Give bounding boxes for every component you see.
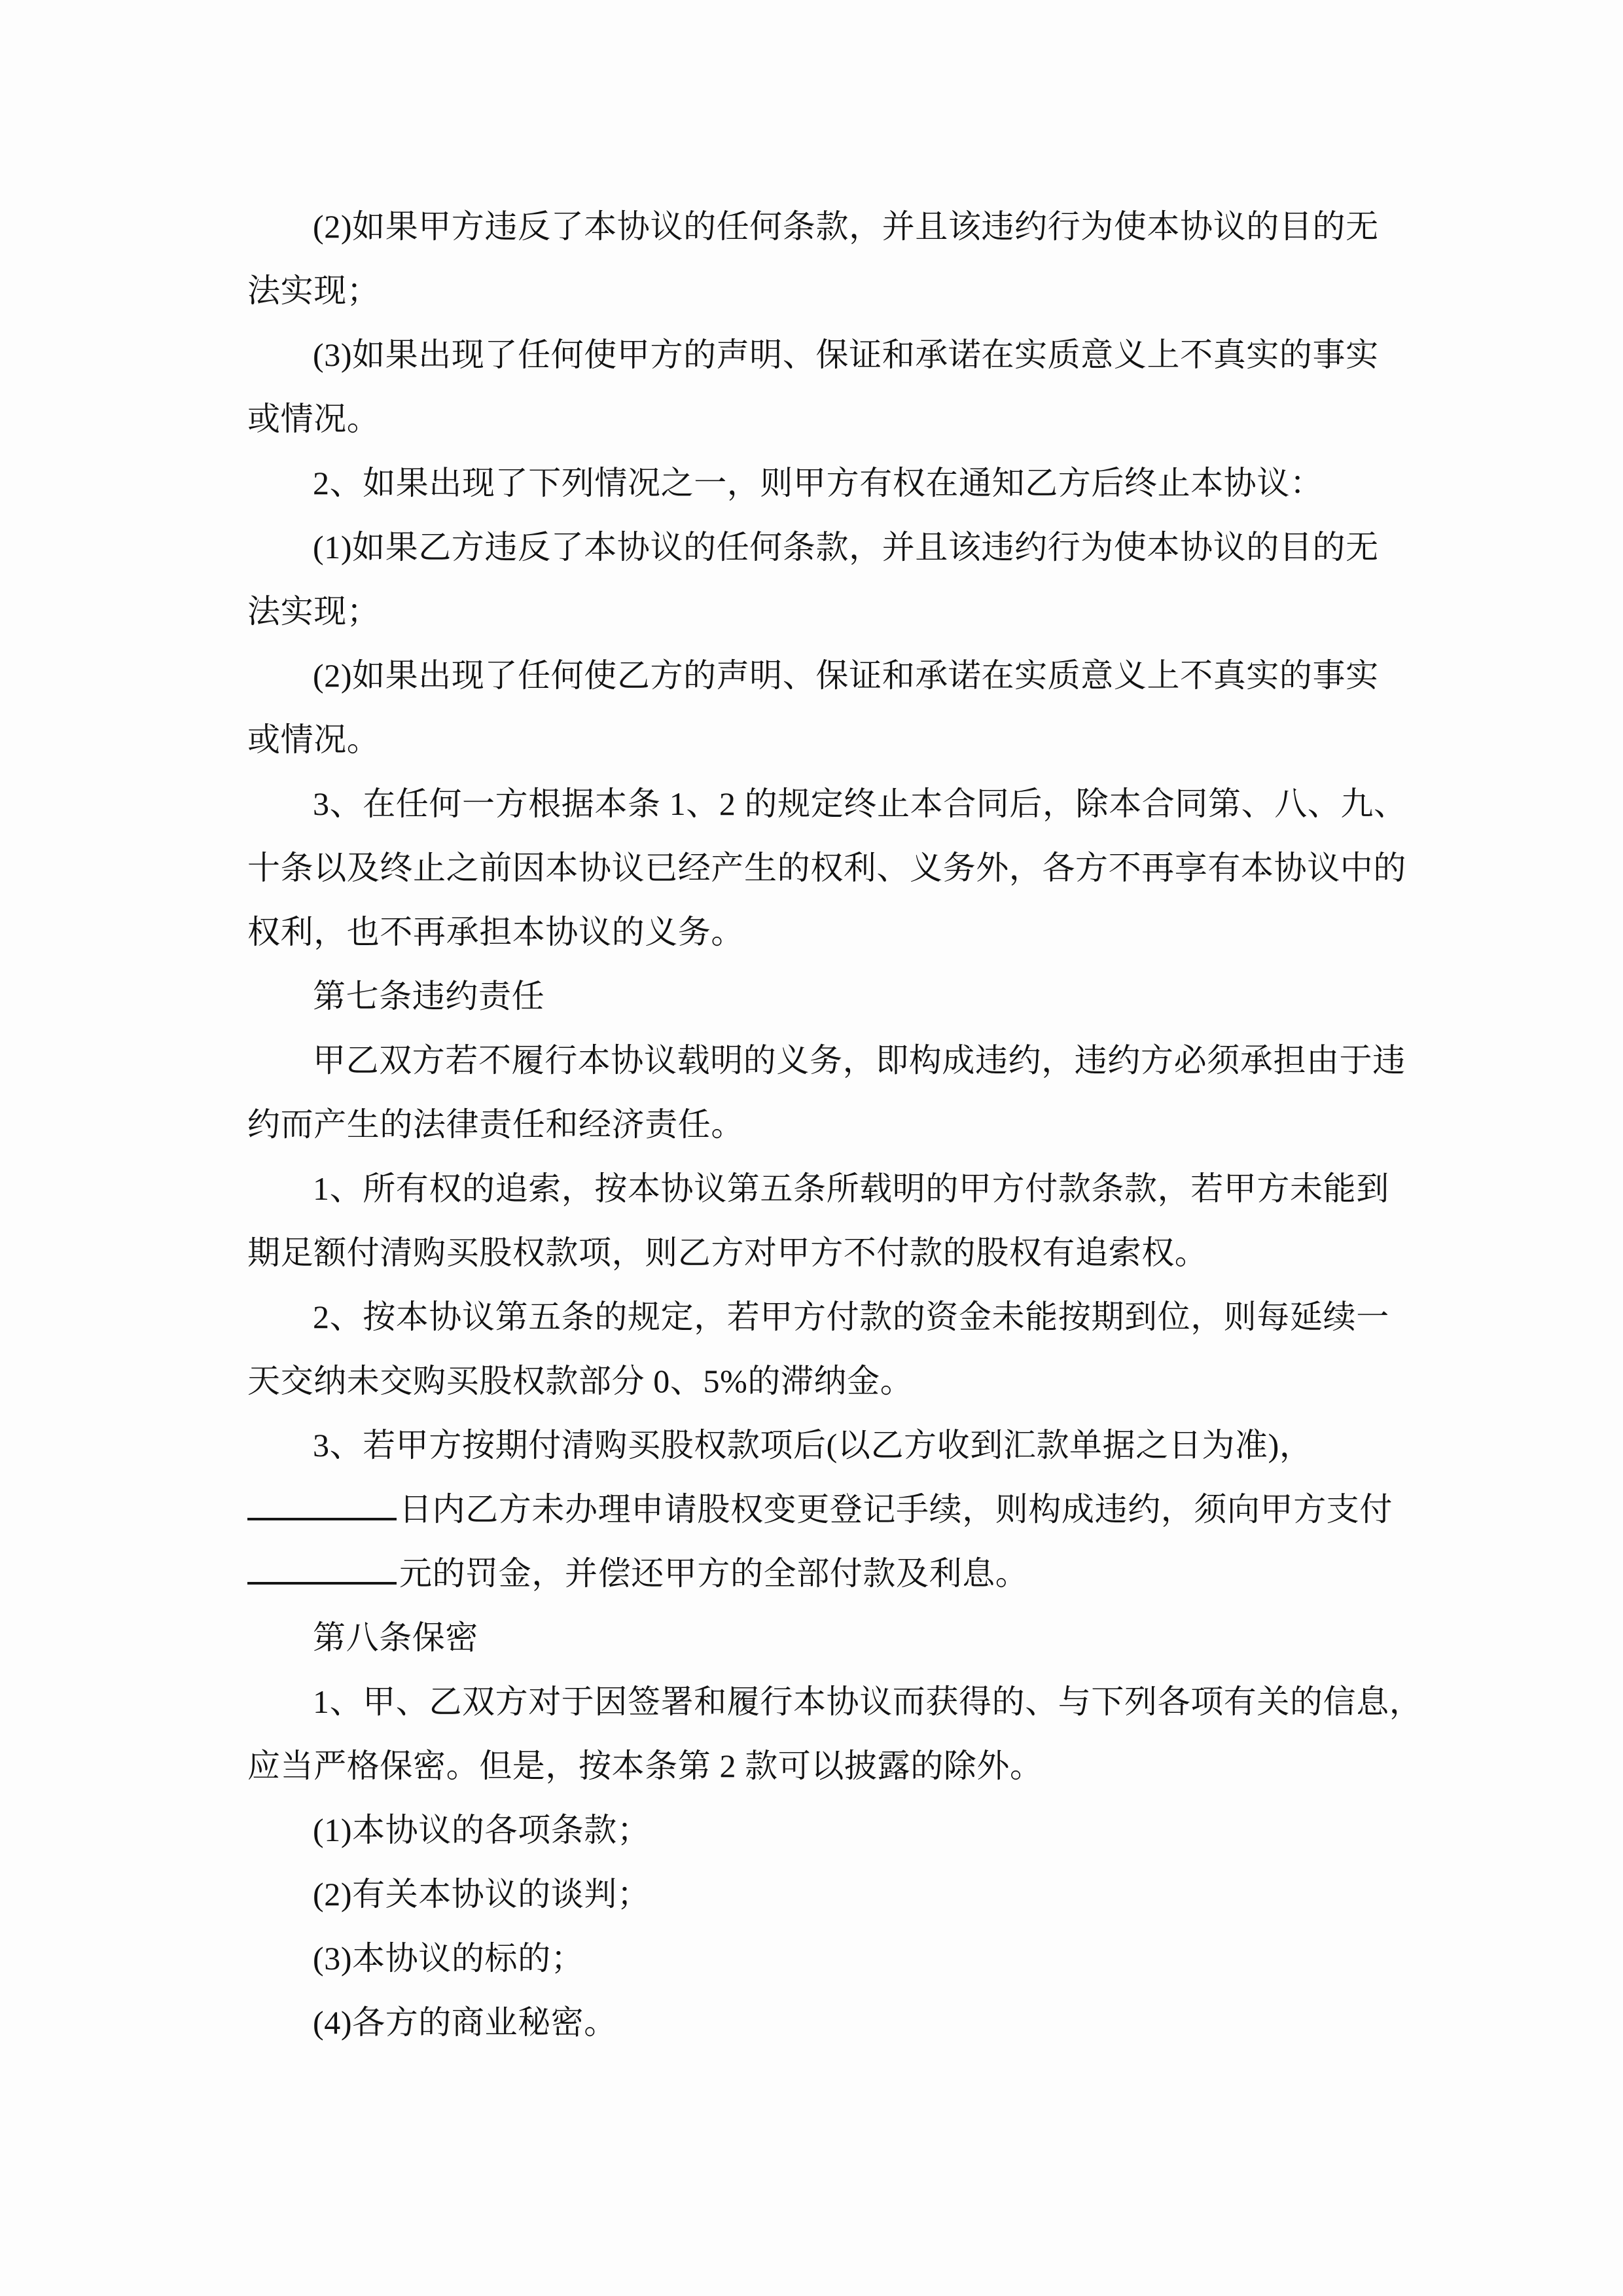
line-text: (2)如果甲方违反了本协议的任何条款，并且该违约行为使本协议的目的无 [313, 208, 1379, 245]
line-text: 日内乙方未办理申请股权变更登记手续，则构成违约，须向甲方支付 [399, 1491, 1393, 1528]
line-text: (2)如果出现了任何使乙方的声明、保证和承诺在实质意义上不真实的事实 [313, 657, 1379, 694]
text-line: 权利，也不再承担本协议的义务。 [247, 900, 1406, 964]
text-line: (3)本协议的标的； [247, 1926, 1406, 1990]
line-text: 应当严格保密。但是，按本条第 2 款可以披露的除外。 [247, 1748, 1043, 1784]
text-line: 期足额付清购买股权款项，则乙方对甲方不付款的股权有追索权。 [247, 1221, 1406, 1285]
line-text: (1)如果乙方违反了本协议的任何条款，并且该违约行为使本协议的目的无 [313, 529, 1379, 565]
line-text: (3)如果出现了任何使甲方的声明、保证和承诺在实质意义上不真实的事实 [313, 336, 1379, 373]
text-line: 1、所有权的追索，按本协议第五条所载明的甲方付款条款，若甲方未能到 [247, 1157, 1406, 1221]
text-line: (1)如果乙方违反了本协议的任何条款，并且该违约行为使本协议的目的无 [247, 515, 1406, 579]
text-line: (3)如果出现了任何使甲方的声明、保证和承诺在实质意义上不真实的事实 [247, 323, 1406, 387]
line-text: 1、甲、乙双方对于因签署和履行本协议而获得的、与下列各项有关的信息， [313, 1683, 1422, 1720]
line-text: 十条以及终止之前因本协议已经产生的权利、义务外，各方不再享有本协议中的 [247, 850, 1406, 886]
text-line: 元的罚金，并偿还甲方的全部付款及利息。 [247, 1541, 1406, 1605]
text-line: 或情况。 [247, 387, 1406, 451]
text-line: (2)如果甲方违反了本协议的任何条款，并且该违约行为使本协议的目的无 [247, 194, 1406, 259]
line-text: 法实现； [247, 272, 380, 309]
line-text: 法实现； [247, 593, 380, 630]
text-line: 十条以及终止之前因本协议已经产生的权利、义务外，各方不再享有本协议中的 [247, 836, 1406, 900]
line-text: 甲乙双方若不履行本协议载明的义务，即构成违约，违约方必须承担由于违 [313, 1042, 1406, 1079]
line-text: (1)本协议的各项条款； [313, 1812, 651, 1848]
line-text: 2、按本协议第五条的规定，若甲方付款的资金未能按期到位，则每延续一 [313, 1299, 1389, 1335]
line-text: 天交纳未交购买股权款部分 0、5%的滞纳金。 [247, 1363, 913, 1399]
text-line: 日内乙方未办理申请股权变更登记手续，则构成违约，须向甲方支付 [247, 1477, 1406, 1541]
text-line: 3、若甲方按期付清购买股权款项后(以乙方收到汇款单据之日为准)， [247, 1413, 1406, 1477]
line-text: 或情况。 [247, 401, 380, 437]
line-text: 约而产生的法律责任和经济责任。 [247, 1106, 744, 1143]
line-text: (2)有关本协议的谈判； [313, 1876, 651, 1912]
text-line: 天交纳未交购买股权款部分 0、5%的滞纳金。 [247, 1349, 1406, 1413]
line-text: 第七条违约责任 [313, 978, 544, 1014]
line-text: 第八条保密 [313, 1619, 478, 1656]
text-line: (2)如果出现了任何使乙方的声明、保证和承诺在实质意义上不真实的事实 [247, 643, 1406, 708]
text-line: 1、甲、乙双方对于因签署和履行本协议而获得的、与下列各项有关的信息， [247, 1670, 1406, 1734]
line-text: 2、如果出现了下列情况之一，则甲方有权在通知乙方后终止本协议： [313, 465, 1323, 501]
text-line: 或情况。 [247, 708, 1406, 772]
text-line: 约而产生的法律责任和经济责任。 [247, 1092, 1406, 1157]
line-text: 权利，也不再承担本协议的义务。 [247, 914, 744, 950]
line-text: 1、所有权的追索，按本协议第五条所载明的甲方付款条款，若甲方未能到 [313, 1170, 1389, 1207]
text-line: (1)本协议的各项条款； [247, 1798, 1406, 1862]
line-text: 3、若甲方按期付清购买股权款项后(以乙方收到汇款单据之日为准)， [313, 1427, 1313, 1463]
text-line: 第八条保密 [247, 1605, 1406, 1670]
line-text: 期足额付清购买股权款项，则乙方对甲方不付款的股权有追索权。 [247, 1234, 1207, 1271]
document-body: (2)如果甲方违反了本协议的任何条款，并且该违约行为使本协议的目的无法实现；(3… [247, 194, 1406, 2054]
text-line: 第七条违约责任 [247, 964, 1406, 1028]
line-text: (3)本协议的标的； [313, 1940, 584, 1977]
text-line: (4)各方的商业秘密。 [247, 1990, 1406, 2054]
line-text: 3、在任何一方根据本条 1、2 的规定终止本合同后，除本合同第、八、九、 [313, 785, 1407, 822]
line-text: 元的罚金，并偿还甲方的全部付款及利息。 [399, 1555, 1028, 1592]
text-line: (2)有关本协议的谈判； [247, 1862, 1406, 1926]
text-line: 甲乙双方若不履行本协议载明的义务，即构成违约，违约方必须承担由于违 [247, 1028, 1406, 1092]
text-line: 法实现； [247, 579, 1406, 643]
blank-underline [247, 1481, 397, 1520]
text-line: 法实现； [247, 259, 1406, 323]
blank-underline [247, 1545, 397, 1585]
text-line: 3、在任何一方根据本条 1、2 的规定终止本合同后，除本合同第、八、九、 [247, 772, 1406, 836]
line-text: (4)各方的商业秘密。 [313, 2004, 617, 2041]
text-line: 2、如果出现了下列情况之一，则甲方有权在通知乙方后终止本协议： [247, 451, 1406, 515]
text-line: 2、按本协议第五条的规定，若甲方付款的资金未能按期到位，则每延续一 [247, 1285, 1406, 1349]
text-line: 应当严格保密。但是，按本条第 2 款可以披露的除外。 [247, 1734, 1406, 1798]
line-text: 或情况。 [247, 721, 380, 758]
document-page: (2)如果甲方违反了本协议的任何条款，并且该违约行为使本协议的目的无法实现；(3… [0, 0, 1623, 2296]
